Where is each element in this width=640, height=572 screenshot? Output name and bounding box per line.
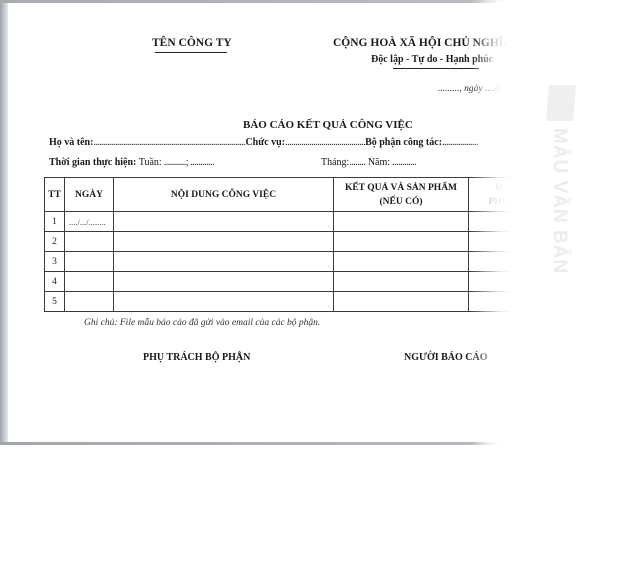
date-cell[interactable] — [65, 232, 114, 252]
year-field[interactable]: ............ — [390, 157, 416, 168]
national-title: CỘNG HOÀ XÃ HỘI CHỦ NGHĨA VIỆ — [333, 37, 534, 49]
logo-icon — [546, 85, 576, 121]
employee-info-line: Họ và tên:..............................… — [49, 137, 478, 148]
content-cell[interactable] — [114, 232, 334, 252]
month-label: Tháng: — [321, 157, 349, 168]
content-cell[interactable] — [114, 292, 334, 312]
table-row: 4 — [45, 272, 529, 292]
header-result-line2: (NẾU CÓ) — [334, 195, 468, 209]
review-cell[interactable] — [469, 212, 529, 232]
company-underline — [155, 52, 227, 53]
header-date: NGÀY — [65, 178, 114, 212]
content-cell[interactable] — [114, 252, 334, 272]
signature-reporter: NGƯỜI BÁO CÁO — [404, 352, 488, 363]
result-cell[interactable] — [334, 252, 469, 272]
name-label: Họ và tên: — [49, 137, 93, 148]
date-cell[interactable] — [65, 252, 114, 272]
row-number: 5 — [45, 292, 65, 312]
department-label: Bộ phận công tác: — [365, 137, 442, 148]
table-row: 2 — [45, 232, 529, 252]
week-field[interactable]: ...........; ............ — [162, 157, 214, 168]
date-line: ........., ngày ....// — [438, 84, 500, 94]
result-cell[interactable] — [334, 292, 469, 312]
report-title: BÁO CÁO KẾT QUẢ CÔNG VIỆC — [243, 119, 413, 131]
position-field[interactable]: ........................................ — [285, 137, 365, 148]
result-cell[interactable] — [334, 272, 469, 292]
page-border-bottom — [0, 442, 640, 445]
position-label: Chức vụ: — [245, 137, 285, 148]
motto-underline — [393, 68, 479, 69]
header-tt: TT — [45, 178, 65, 212]
national-motto: Độc lập - Tự do - Hạnh phúc — [371, 54, 493, 65]
month-year-line: Tháng:........ Năm: ............ — [321, 157, 416, 168]
table-header-row: TT NGÀY NỘI DUNG CÔNG VIỆC KẾT QUẢ VÀ SẢ… — [45, 178, 529, 212]
week-label: Tuần: — [139, 157, 162, 168]
row-number: 4 — [45, 272, 65, 292]
company-name: TÊN CÔNG TY — [152, 37, 232, 49]
header-result-line1: KẾT QUẢ VÀ SẢN PHẨM — [334, 181, 468, 195]
date-cell[interactable]: ..../.../........ — [65, 212, 114, 232]
content-cell[interactable] — [114, 272, 334, 292]
name-field[interactable]: ........................................… — [93, 137, 245, 148]
work-report-table: TT NGÀY NỘI DUNG CÔNG VIỆC KẾT QUẢ VÀ SẢ… — [44, 177, 529, 312]
header-review: Đ PHỤ — [469, 178, 529, 212]
page-shadow-left — [0, 0, 8, 445]
watermark-text: MẪU VĂN BẢN — [548, 128, 570, 274]
month-field[interactable]: ........ — [349, 157, 365, 168]
table-row: 3 — [45, 252, 529, 272]
table-row: 1..../.../........ — [45, 212, 529, 232]
content-cell[interactable] — [114, 212, 334, 232]
header-content: NỘI DUNG CÔNG VIỆC — [114, 178, 334, 212]
review-cell[interactable] — [469, 272, 529, 292]
review-cell[interactable] — [469, 292, 529, 312]
review-cell[interactable] — [469, 252, 529, 272]
watermark: MẪU VĂN BẢN — [544, 80, 580, 280]
note-text: Ghi chú: File mẫu báo cáo đã gửi vào ema… — [84, 318, 320, 328]
department-field[interactable]: .................. — [442, 137, 478, 148]
result-cell[interactable] — [334, 232, 469, 252]
row-number: 1 — [45, 212, 65, 232]
header-review-line1: Đ — [469, 181, 528, 195]
year-label: Năm: — [368, 157, 390, 168]
period-line: Thời gian thực hiện: Tuần: ...........; … — [49, 157, 214, 168]
document-page: TÊN CÔNG TY CỘNG HOÀ XÃ HỘI CHỦ NGHĨA VI… — [0, 0, 640, 445]
signature-supervisor: PHỤ TRÁCH BỘ PHẬN — [143, 352, 250, 363]
page-border-top — [0, 0, 640, 3]
row-number: 2 — [45, 232, 65, 252]
header-review-line2: PHỤ — [469, 195, 528, 209]
header-result: KẾT QUẢ VÀ SẢN PHẨM (NẾU CÓ) — [334, 178, 469, 212]
table-row: 5 — [45, 292, 529, 312]
review-cell[interactable] — [469, 232, 529, 252]
result-cell[interactable] — [334, 212, 469, 232]
row-number: 3 — [45, 252, 65, 272]
period-label: Thời gian thực hiện: — [49, 157, 136, 168]
date-cell[interactable] — [65, 292, 114, 312]
date-cell[interactable] — [65, 272, 114, 292]
